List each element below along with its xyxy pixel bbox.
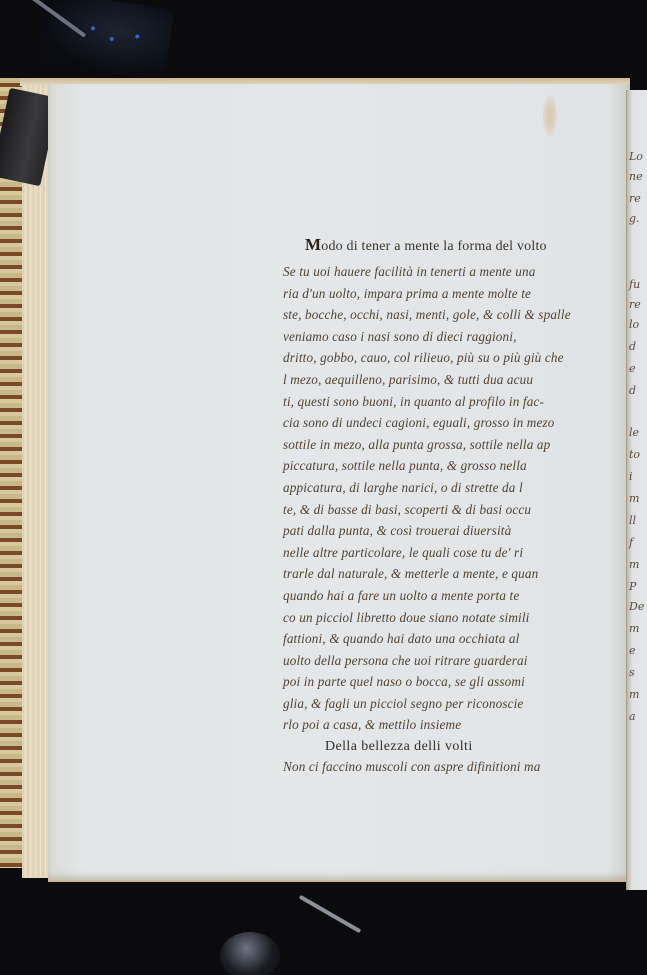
text-line: veniamo caso i nasi sono di dieci raggio…	[283, 326, 625, 348]
section2-body: Non ci faccino muscoli con aspre difinit…	[283, 756, 625, 778]
facing-page-text-fragment: re	[629, 298, 641, 311]
text-line: cia sono di undeci cagioni, eguali, gros…	[283, 412, 625, 434]
clamp-highlight	[135, 34, 140, 39]
text-line: Non ci faccino muscoli con aspre difinit…	[283, 756, 625, 778]
clamp-highlight	[109, 37, 114, 42]
text-line: uolto della persona che uoi ritrare guar…	[283, 650, 625, 672]
text-line: pati dalla punta, & così trouerai diuers…	[283, 520, 625, 542]
text-line: fattioni, & quando hai dato una occhiata…	[283, 628, 625, 650]
facing-page-text-fragment: m	[629, 622, 639, 635]
decorated-binding-edge	[0, 78, 24, 868]
facing-page-text-fragment: lo	[629, 318, 639, 331]
text-line: te, & di basse di basi, scoperti & di ba…	[283, 499, 625, 521]
text-line: poi in parte quel naso o bocca, se gli a…	[283, 671, 625, 693]
facing-page-text-fragment: a	[629, 710, 636, 723]
facing-page-text-fragment: P	[629, 580, 636, 593]
heading-initial: M	[305, 235, 321, 254]
book-clamp-top	[36, 0, 175, 81]
text-line: Se tu uoi hauere facilità in tenerti a m…	[283, 261, 625, 283]
facing-page-text-fragment: s	[629, 666, 635, 679]
text-line: dritto, gobbo, cauo, col rilieuo, più su…	[283, 347, 625, 369]
text-line: piccatura, sottile nella punta, & grosso…	[283, 455, 625, 477]
book-clamp-bottom	[200, 882, 360, 975]
text-line: ti, questi sono buoni, in quanto al prof…	[283, 391, 625, 413]
text-line: rlo poi a casa, & mettilo insieme	[283, 714, 625, 736]
facing-page-text-fragment: e	[629, 644, 636, 657]
text-line: quando hai a fare un uolto a mente porta…	[283, 585, 625, 607]
facing-page-text-fragment: fu	[629, 278, 640, 291]
text-line: ste, bocche, occhi, nasi, menti, gole, &…	[283, 304, 625, 326]
heading-rest: odo di tener a mente la forma del volto	[321, 239, 547, 254]
facing-page-text-fragment: Lo	[629, 150, 643, 163]
clamp-rod	[299, 895, 362, 933]
text-line: nelle altre particolare, le quali cose t…	[283, 542, 625, 564]
facing-page-text-fragment: d	[629, 340, 636, 353]
clamp-rod	[19, 0, 86, 38]
facing-page-text-fragment: to	[629, 448, 640, 461]
text-block: Modo di tener a mente la forma del volto…	[283, 235, 625, 778]
paper-stain	[543, 96, 557, 136]
clamp-highlight	[91, 26, 96, 31]
text-line: co un picciol libretto doue siano notate…	[283, 607, 625, 629]
section-heading-face-memory: Modo di tener a mente la forma del volto	[305, 235, 625, 255]
section1-body: Se tu uoi hauere facilità in tenerti a m…	[283, 261, 625, 736]
text-line: appicatura, di larghe narici, o di stret…	[283, 477, 625, 499]
text-line: trarle dal naturale, & metterle a mente,…	[283, 563, 625, 585]
facing-page-text-fragment: De	[629, 600, 644, 613]
facing-page-text-fragment: le	[629, 426, 639, 439]
section-heading-beauty-of-faces: Della bellezza delli volti	[325, 739, 625, 755]
clamp-knob	[220, 932, 280, 975]
facing-page-text-fragment: re	[629, 192, 641, 205]
facing-page-text-fragment: i	[629, 470, 633, 483]
text-line: glia, & fagli un picciol segno per ricon…	[283, 693, 625, 715]
facing-page-edge: Lonereg.furelodedletoimllfmPDemesma	[626, 90, 647, 890]
facing-page-text-fragment: m	[629, 688, 639, 701]
facing-page-text-fragment: ll	[629, 514, 636, 527]
facing-page-text-fragment: ne	[629, 170, 643, 183]
facing-page-text-fragment: m	[629, 492, 639, 505]
facing-page-text-fragment: f	[629, 536, 633, 549]
facing-page-text-fragment: d	[629, 384, 636, 397]
text-line: ria d'un uolto, impara prima a mente mol…	[283, 283, 625, 305]
facing-page-text-fragment: g.	[629, 212, 640, 225]
text-line: l mezo, aequilleno, parisimo, & tutti du…	[283, 369, 625, 391]
facing-page-text-fragment: m	[629, 558, 639, 571]
facing-page-text-fragment: e	[629, 362, 636, 375]
page-block-edges	[22, 78, 50, 878]
text-line: sottile in mezo, alla punta grossa, sott…	[283, 434, 625, 456]
